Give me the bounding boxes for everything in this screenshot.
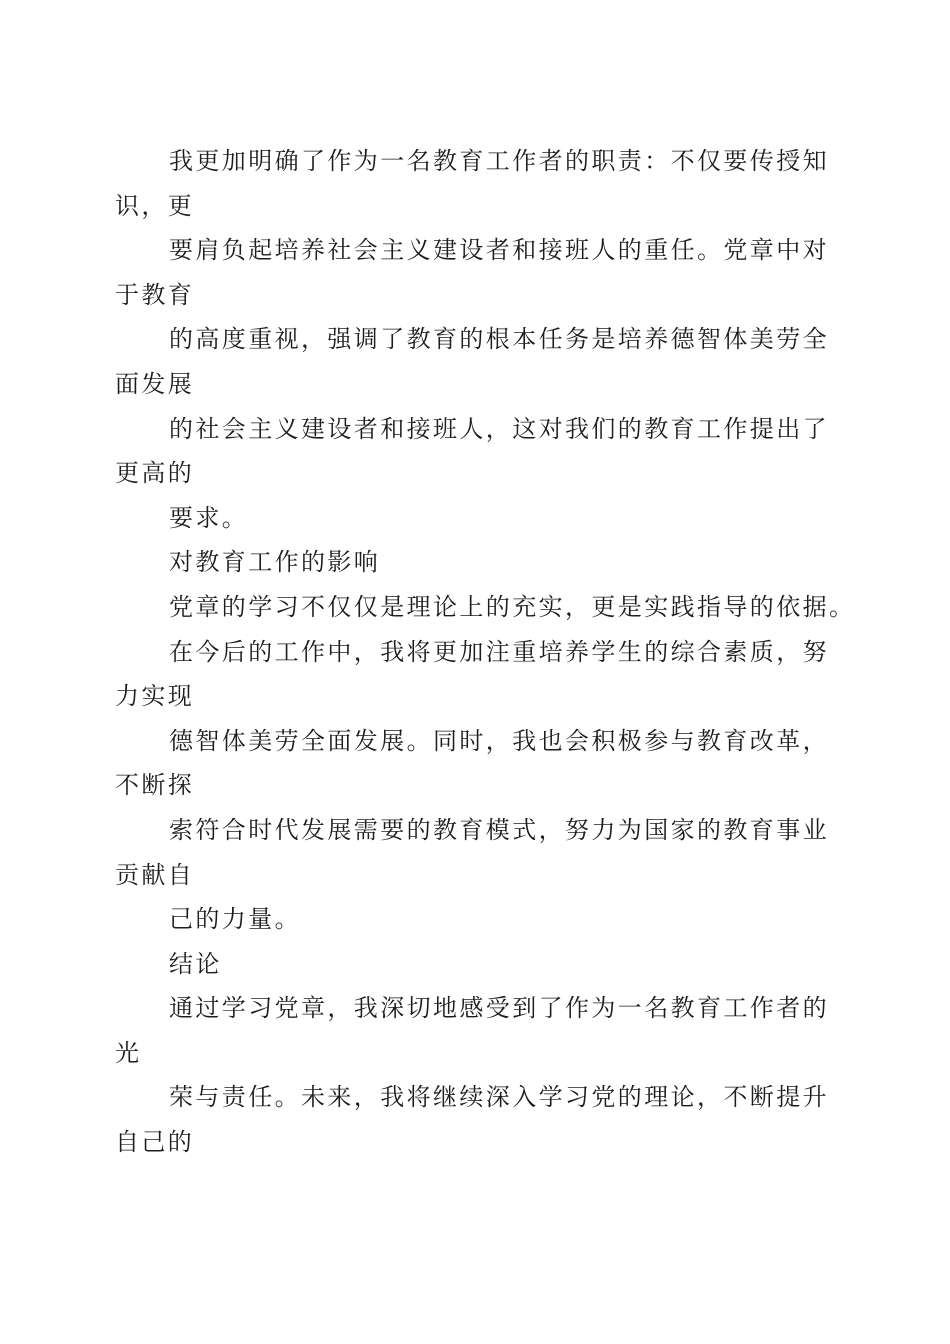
text-line: 更高的	[115, 452, 845, 497]
text-line: 荣与责任。未来，我将继续深入学习党的理论，不断提升	[115, 1076, 845, 1121]
text-line: 要求。	[115, 497, 845, 542]
text-line: 在今后的工作中，我将更加注重培养学生的综合素质，努	[115, 631, 845, 676]
document-text-block: 我更加明确了作为一名教育工作者的职责：不仅要传授知识，更要肩负起培养社会主义建设…	[115, 140, 845, 1166]
text-line: 力实现	[115, 675, 845, 720]
text-line: 自己的	[115, 1121, 845, 1166]
text-line: 的社会主义建设者和接班人，这对我们的教育工作提出了	[115, 408, 845, 453]
text-line: 结论	[115, 943, 845, 988]
text-line: 要肩负起培养社会主义建设者和接班人的重任。党章中对	[115, 229, 845, 274]
text-line: 光	[115, 1032, 845, 1077]
text-line: 索符合时代发展需要的教育模式，努力为国家的教育事业	[115, 809, 845, 854]
text-line: 于教育	[115, 274, 845, 319]
text-line: 不断探	[115, 764, 845, 809]
text-line: 我更加明确了作为一名教育工作者的职责：不仅要传授知	[115, 140, 845, 185]
text-line: 识，更	[115, 185, 845, 230]
text-line: 己的力量。	[115, 898, 845, 943]
text-line: 的高度重视，强调了教育的根本任务是培养德智体美劳全	[115, 318, 845, 363]
text-line: 对教育工作的影响	[115, 541, 845, 586]
text-line: 通过学习党章，我深切地感受到了作为一名教育工作者的	[115, 987, 845, 1032]
text-line: 面发展	[115, 363, 845, 408]
text-line: 党章的学习不仅仅是理论上的充实，更是实践指导的依据。	[115, 586, 845, 631]
document-page: 我更加明确了作为一名教育工作者的职责：不仅要传授知识，更要肩负起培养社会主义建设…	[0, 0, 950, 1344]
text-line: 德智体美劳全面发展。同时，我也会积极参与教育改革，	[115, 720, 845, 765]
text-line: 贡献自	[115, 854, 845, 899]
